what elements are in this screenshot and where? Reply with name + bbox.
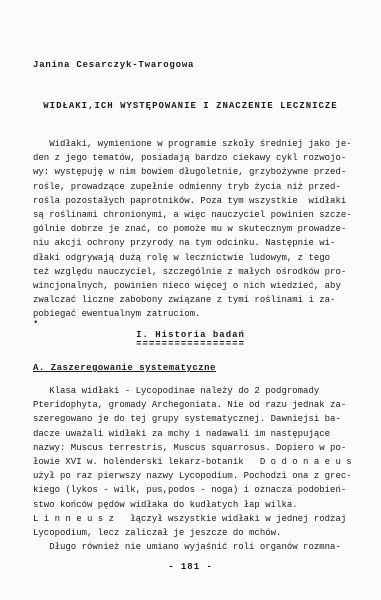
section-a-paragraph: Klasa widłaki - Lycopodinae należy do 2 … xyxy=(33,384,352,554)
section-heading-block: I. Historia badań ================= xyxy=(0,330,381,349)
scanned-document-page: Janina Cesarczyk-Twarogowa WIDŁAKI,ICH W… xyxy=(0,0,381,600)
page-number: - 181 - xyxy=(0,562,381,572)
stray-ink-mark: • xyxy=(33,318,38,328)
document-title: WIDŁAKI,ICH WYSTĘPOWANIE I ZNACZENIE LEC… xyxy=(0,101,381,111)
subsection-heading: A. Zaszeregowanie systematyczne xyxy=(33,363,216,373)
intro-paragraph: Widłaki, wymienione w programie szkoły ś… xyxy=(33,137,352,322)
author-name: Janina Cesarczyk-Twarogowa xyxy=(33,60,194,70)
section-heading-underline: ================= xyxy=(0,339,381,349)
